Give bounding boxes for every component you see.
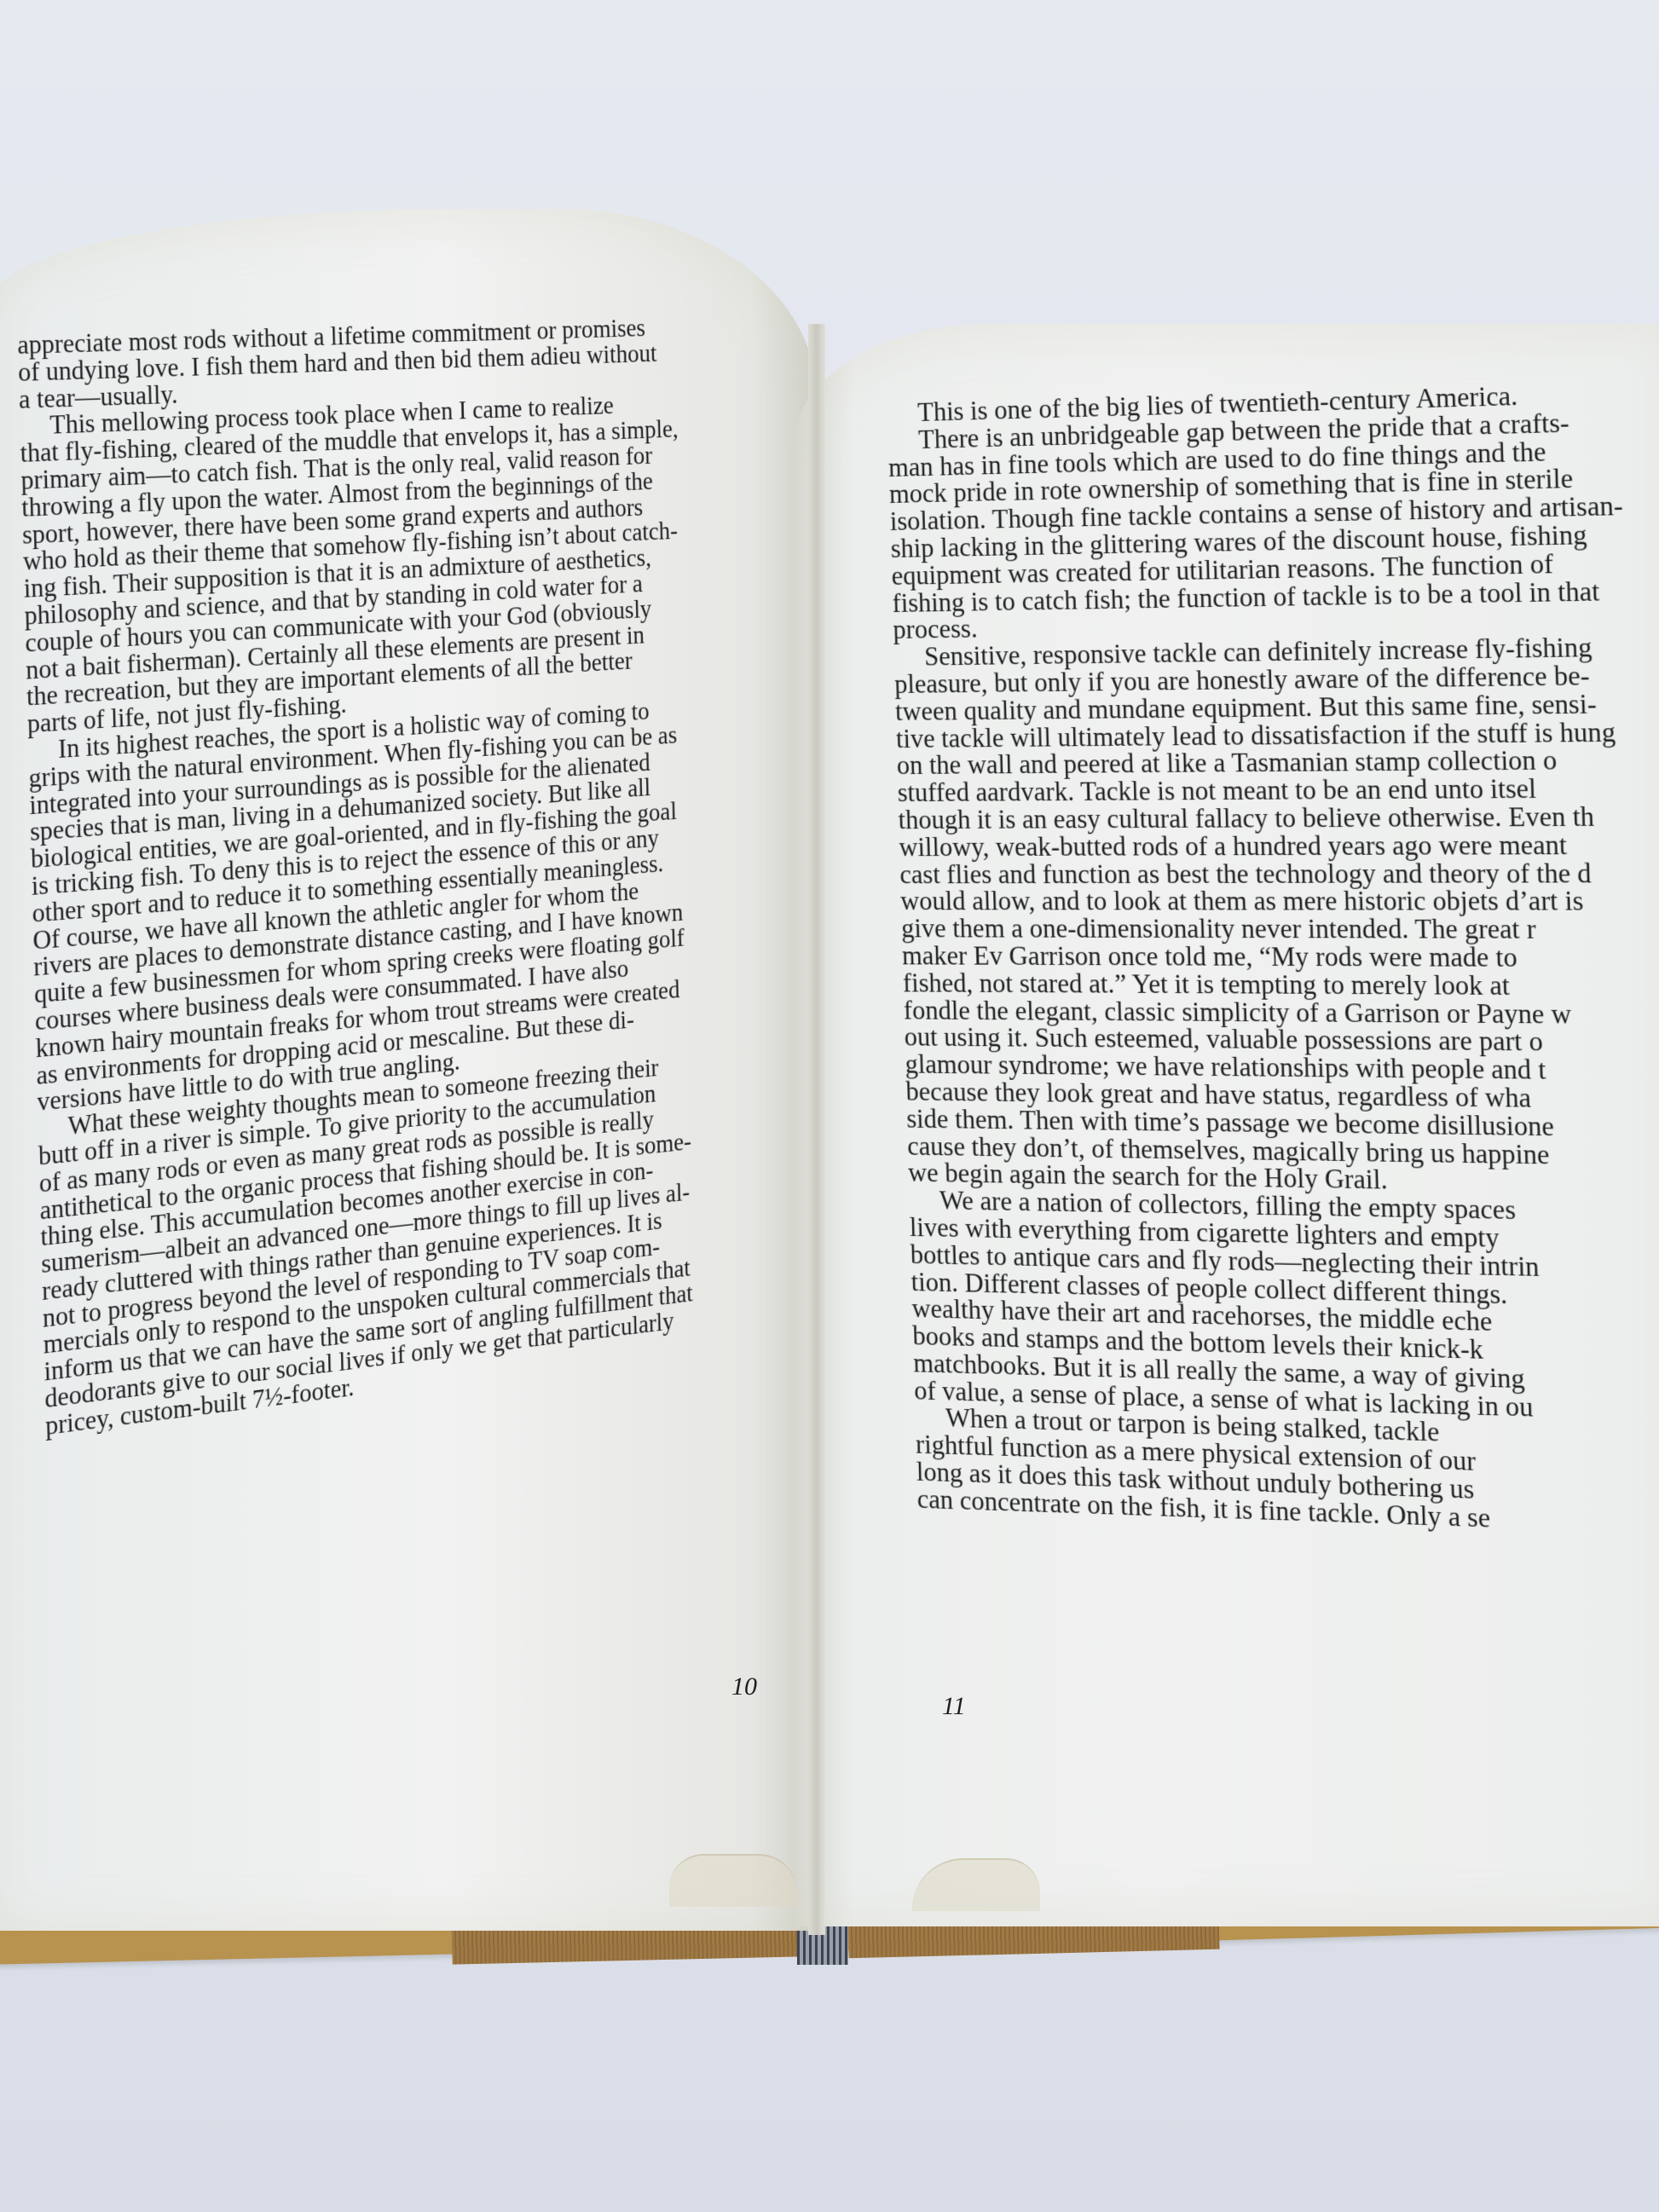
water-stain-left — [669, 1854, 797, 1907]
page-number-left: 10 — [731, 1672, 757, 1701]
text-line: cast flies and function as best the tech… — [899, 860, 1659, 889]
book-photo-scene: appreciate most rods without a lifetime … — [0, 0, 1659, 2212]
text-line: willowy, weak-butted rods of a hundred y… — [899, 831, 1659, 861]
text-line: give them a one-dimensionality never int… — [901, 915, 1659, 944]
book-gutter — [808, 324, 825, 1935]
page-number-right: 11 — [942, 1692, 966, 1721]
left-page-body-text: appreciate most rods without a lifetime … — [17, 315, 731, 1441]
text-line: would allow, and to look at them as mere… — [900, 888, 1659, 916]
right-page-body-text: This is one of the big lies of twentieth… — [887, 378, 1659, 1541]
